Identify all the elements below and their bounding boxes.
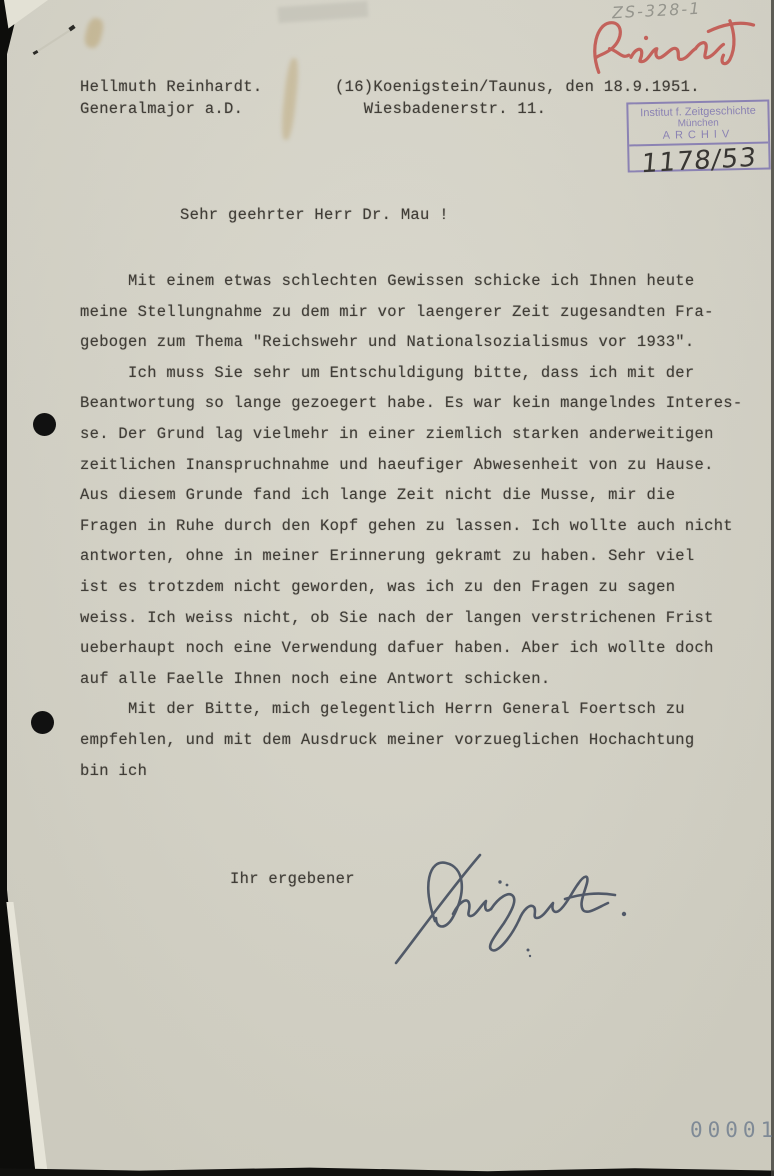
body-line: Ich muss Sie sehr um Entschuldigung bitt… — [80, 358, 743, 389]
body-line: meine Stellungnahme zu dem mir vor laeng… — [80, 297, 743, 328]
paper-stain-streak — [280, 58, 301, 141]
body-line: gebogen zum Thema "Reichswehr und Nation… — [80, 327, 743, 358]
body-line: Fragen in Ruhe durch den Kopf gehen zu l… — [80, 511, 743, 542]
body-line: weiss. Ich weiss nicht, ob Sie nach der … — [80, 603, 743, 634]
dateline-place-date: (16)Koenigstein/Taunus, den 18.9.1951. — [335, 76, 700, 98]
sender-rank: Generalmajor a.D. — [80, 98, 262, 120]
body-line: auf alle Faelle Ihnen noch eine Antwort … — [80, 664, 743, 695]
punch-hole-bottom — [31, 711, 54, 734]
body-line: zeitlichen Inanspruchnahme und haeufiger… — [80, 450, 743, 481]
body-line: Beantwortung so lange gezoegert habe. Es… — [80, 388, 743, 419]
body-line: antworten, ohne in meiner Erinnerung gek… — [80, 541, 743, 572]
ink-signature: Reinhardt. — [372, 842, 652, 967]
ink-signature-strokes — [372, 842, 652, 967]
page-counter-stamp: 00001 — [690, 1118, 774, 1142]
scanned-letter-page: ZS-328-1 Reinhardt Institut f. Zeitgesch… — [0, 0, 774, 1176]
dateline-street: Wiesbadenerstr. 11. — [335, 98, 700, 120]
body-line: se. Der Grund lag vielmehr in einer ziem… — [80, 419, 743, 450]
closing-phrase: Ihr ergebener — [230, 868, 355, 890]
body-line: ueberhaupt noch eine Verwendung dafuer h… — [80, 633, 743, 664]
sender-name: Hellmuth Reinhardt. — [80, 76, 262, 98]
scan-edge-bottom — [0, 1164, 774, 1176]
body-line: Mit der Bitte, mich gelegentlich Herrn G… — [80, 694, 743, 725]
paper-stain-small — [83, 17, 106, 50]
sender-block: Hellmuth Reinhardt. Generalmajor a.D. — [80, 76, 262, 120]
body-line: bin ich — [80, 756, 743, 787]
red-handwritten-name: Reinhardt — [588, 16, 760, 76]
archive-stamp-number: 1178/53 — [640, 143, 758, 179]
body-line: empfehlen, und mit dem Ausdruck meiner v… — [80, 725, 743, 756]
dateline-block: (16)Koenigstein/Taunus, den 18.9.1951. W… — [335, 76, 700, 120]
scan-corner-bottom-left — [0, 888, 62, 1176]
salutation: Sehr geehrter Herr Dr. Mau ! — [180, 204, 449, 226]
staple-mark — [33, 26, 75, 56]
pencil-smudge — [278, 1, 369, 23]
letter-body: Mit einem etwas schlechten Gewissen schi… — [80, 266, 743, 786]
body-line: ist es trotzdem nicht geworden, was ich … — [80, 572, 743, 603]
body-line: Mit einem etwas schlechten Gewissen schi… — [80, 266, 743, 297]
red-signature-strokes — [588, 16, 760, 76]
punch-hole-top — [33, 413, 56, 436]
body-line: Aus diesem Grunde fand ich lange Zeit ni… — [80, 480, 743, 511]
